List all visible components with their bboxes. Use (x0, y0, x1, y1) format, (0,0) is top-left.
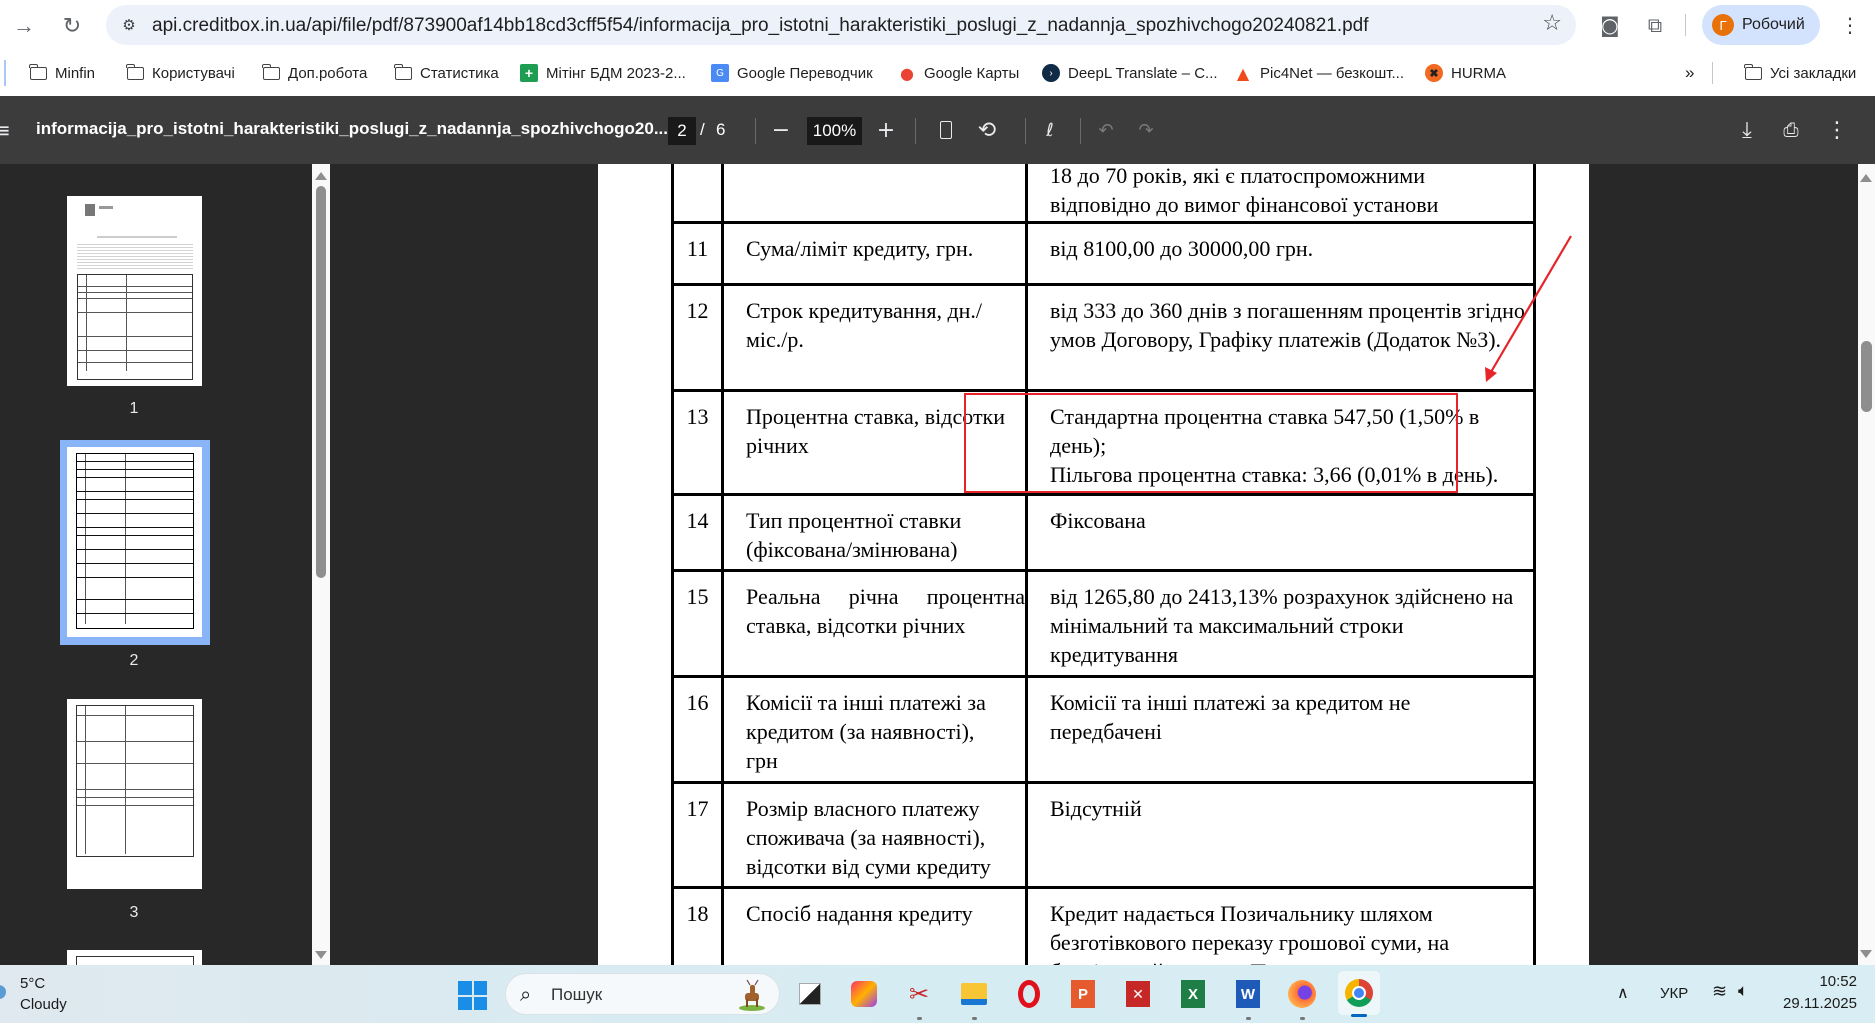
address-bar[interactable]: ⚙ api.creditbox.in.ua/api/file/pdf/87390… (106, 5, 1576, 45)
row-number: 18 (673, 888, 723, 966)
bookmark-deepl[interactable]: ›DeepL Translate – C... (1042, 60, 1218, 86)
row-number (673, 164, 723, 223)
row-number: 17 (673, 783, 723, 888)
row-number: 15 (673, 571, 723, 677)
folder-icon (961, 983, 987, 1005)
weather-condition: Cloudy (20, 996, 67, 1013)
search-icon: ⌕ (520, 982, 531, 1006)
bookmarks-divider (1712, 62, 1713, 84)
weather-temperature: 5°C (20, 975, 45, 992)
table-row: 16 Комісії та інші платежі за кредитом (… (673, 677, 1535, 783)
browser-toolbar: → ↻ ⚙ api.creditbox.in.ua/api/file/pdf/8… (0, 0, 1875, 50)
reload-icon: ↻ (63, 14, 81, 39)
redo-button[interactable]: ↷ (1131, 115, 1161, 145)
google-maps-icon: ● (898, 64, 916, 82)
zoom-out-button[interactable]: − (766, 115, 796, 145)
taskbar-app-task-view[interactable] (791, 975, 829, 1013)
bookmark-dop-robota[interactable]: Доп.робота (262, 60, 367, 86)
windows-logo-icon (458, 997, 472, 1011)
chrome-menu-button[interactable]: ⋮ (1838, 10, 1862, 40)
bookmark-label: Статистика (420, 65, 499, 82)
row-label (723, 164, 1027, 223)
tray-overflow-chevron-icon[interactable]: ∧ (1617, 983, 1629, 1002)
pdf-page-2: 18 до 70 років, які є платоспроможними в… (598, 164, 1589, 965)
wifi-icon[interactable]: ≋ (1712, 981, 1727, 1002)
creative-cloud-icon (851, 981, 877, 1007)
table-row: 17 Розмір власного платежу споживача (за… (673, 783, 1535, 888)
bookmark-google-maps[interactable]: ●Google Карты (898, 60, 1019, 86)
toolbar-divider (1025, 118, 1026, 144)
row-number: 12 (673, 285, 723, 391)
table-row: 15 Реальна річна процентна ставка, відсо… (673, 571, 1535, 677)
scroll-up-arrow-icon[interactable] (1860, 174, 1872, 182)
taskbar-search[interactable]: ⌕ Пошук (505, 973, 780, 1015)
row-value: від 333 до 360 днів з погашенням процент… (1027, 285, 1535, 391)
windows-taskbar: 5°C Cloudy ⌕ Пошук ✂ P ✕ X W ∧ УКР ≋ 🔈︎ … (0, 965, 1875, 1023)
table-row: 13 Процентна ставка, відсотки річних Ста… (673, 391, 1535, 495)
pdf-title: informacija_pro_istotni_harakteristiki_p… (36, 119, 668, 139)
profile-name: Робочий (1742, 16, 1805, 34)
bookmarks-overflow-button[interactable]: » (1685, 60, 1694, 86)
row-number: 14 (673, 495, 723, 571)
profile-button[interactable]: Г Робочий (1702, 5, 1820, 45)
clock-time: 10:52 (1783, 971, 1857, 993)
taskbar-app-powerpoint[interactable]: P (1064, 975, 1102, 1013)
pdf-editor-icon: ✕ (1126, 981, 1150, 1007)
extensions-icon[interactable]: ⧉ (1640, 10, 1670, 40)
bookmark-label: Google Переводчик (737, 65, 873, 82)
bookmark-label: DeepL Translate – C... (1068, 65, 1218, 82)
page-separator: / (700, 120, 705, 140)
undo-button[interactable]: ↶ (1091, 115, 1121, 145)
arrow-right-icon: → (13, 13, 35, 39)
windows-logo-icon (474, 997, 488, 1011)
minus-icon: − (772, 118, 790, 143)
redo-icon: ↷ (1138, 120, 1153, 141)
taskbar-app-firefox[interactable] (1283, 975, 1321, 1013)
plus-icon: + (877, 118, 895, 143)
deepl-icon: › (1042, 64, 1060, 82)
taskbar-app-excel[interactable]: X (1174, 975, 1212, 1013)
bookmark-label: Мітінг БДМ 2023-2... (546, 65, 686, 82)
bookmark-label: Доп.робота (288, 65, 367, 82)
zoom-level-input[interactable]: 100% (807, 117, 862, 145)
folder-icon (262, 64, 280, 82)
pdf-toolbar: ≡ informacija_pro_istotni_harakteristiki… (0, 96, 1875, 164)
bookmarks-bar: Minfin Користувачі Доп.робота Статистика… (0, 50, 1875, 96)
standard-rate-text: Стандартна процентна ставка 547,50 (1,50… (1050, 402, 1529, 460)
folder-icon (394, 64, 412, 82)
more-vert-icon: ⋮ (1826, 118, 1848, 143)
scissors-icon: ✂ (909, 980, 929, 1008)
page-number-input[interactable]: 2 (668, 117, 696, 145)
reload-button[interactable]: ↻ (56, 10, 88, 42)
pdf-viewer: 18 до 70 років, які є платоспроможними в… (330, 164, 1858, 965)
main-scrollbar[interactable] (1858, 164, 1875, 965)
bookmark-label: Minfin (55, 65, 95, 82)
deer-icon (737, 979, 767, 1011)
all-bookmarks-button[interactable]: Усі закладки (1744, 60, 1856, 86)
value-line: відповідно до вимог фінансової установи (1050, 190, 1529, 219)
thumbnail-label: 2 (114, 652, 154, 670)
taskbar-app-creative-cloud[interactable] (845, 975, 883, 1013)
row-value: Комісії та інші платежі за кредитом не п… (1027, 677, 1535, 783)
thumb-table (77, 274, 193, 380)
taskbar-app-word[interactable]: W (1229, 975, 1267, 1013)
thumb-table (76, 705, 194, 857)
table-row: 14 Тип процентної ставки (фіксована/змін… (673, 495, 1535, 571)
hurma-icon: ✖ (1425, 64, 1443, 82)
taskbar-app-file-explorer[interactable] (955, 975, 993, 1013)
word-icon: W (1236, 980, 1260, 1008)
row-value: Фіксована (1027, 495, 1535, 571)
thumb-text-line (97, 236, 177, 238)
input-language-indicator[interactable]: УКР (1660, 985, 1688, 1002)
row-value: від 8100,00 до 30000,00 грн. (1027, 223, 1535, 285)
row-label: Реальна річна процентна ставка, відсотки… (723, 571, 1027, 677)
row-value: Відсутній (1027, 783, 1535, 888)
thumb-table (76, 453, 194, 629)
table-row: 11 Сума/ліміт кредиту, грн. від 8100,00 … (673, 223, 1535, 285)
creditbox-logo-icon (85, 204, 95, 216)
search-placeholder: Пошук (551, 985, 602, 1005)
page-thumbnail-3[interactable] (67, 699, 202, 889)
scroll-down-arrow-icon[interactable] (315, 951, 327, 959)
credit-info-table: 18 до 70 років, які є платоспроможними в… (671, 164, 1536, 965)
volume-icon[interactable]: 🔈︎ (1738, 981, 1748, 1001)
taskbar-app-snipping-tool[interactable]: ✂ (900, 975, 938, 1013)
row-label: Розмір власного платежу споживача (за на… (723, 783, 1027, 888)
signature-icon: ℓ (1046, 120, 1053, 141)
bookmark-statystyka[interactable]: Статистика (394, 60, 499, 86)
fit-page-icon (940, 121, 952, 139)
page-thumbnail-1[interactable] (67, 196, 202, 386)
scroll-up-arrow-icon[interactable] (315, 172, 327, 180)
bookmark-label: Pic4Net — безкошт... (1260, 65, 1404, 82)
folder-icon (1744, 64, 1762, 82)
logo-text (99, 206, 113, 209)
rotate-button[interactable]: ⟲ (972, 115, 1002, 145)
bookmark-label: Google Карты (924, 65, 1019, 82)
camera-icon[interactable]: ◙ (1595, 10, 1625, 40)
undo-icon: ↶ (1098, 120, 1113, 141)
thumbnail-label: 1 (114, 400, 154, 418)
rotate-icon: ⟲ (978, 118, 996, 143)
url-text[interactable]: api.creditbox.in.ua/api/file/pdf/873900a… (152, 15, 1369, 37)
avatar: Г (1712, 14, 1734, 36)
more-options-button[interactable]: ⋮ (1822, 115, 1852, 145)
windows-logo-icon (458, 981, 472, 995)
download-icon: ⤓ (1742, 118, 1752, 143)
bookmark-google-translate[interactable]: GGoogle Переводчик (711, 60, 873, 86)
table-row: 12 Строк кредитування, дн./міс./р. від 3… (673, 285, 1535, 391)
folder-icon (29, 64, 47, 82)
draw-button[interactable]: ℓ (1035, 115, 1065, 145)
total-pages: 6 (716, 120, 725, 140)
table-row: 18 до 70 років, які є платоспроможними в… (673, 164, 1535, 223)
forward-button[interactable]: → (8, 10, 40, 42)
sheets-icon: + (520, 64, 538, 82)
print-button[interactable]: ⎙ (1776, 115, 1806, 145)
folder-icon (126, 64, 144, 82)
toolbar-divider (1685, 14, 1686, 36)
row-value: від 1265,80 до 2413,13% розрахунок здійс… (1027, 571, 1535, 677)
table-row: 18 Спосіб надання кредиту Кредит надаєть… (673, 888, 1535, 966)
sidebar-menu-icon[interactable]: ≡ (0, 118, 11, 142)
pic4net-icon: ▲ (1234, 64, 1252, 82)
system-clock[interactable]: 10:52 29.11.2025 (1783, 971, 1857, 1015)
page-thumbnail-2[interactable] (67, 447, 202, 637)
opera-icon (1018, 980, 1040, 1008)
row-number: 16 (673, 677, 723, 783)
windows-logo-icon (474, 981, 488, 995)
google-translate-icon: G (711, 64, 729, 82)
task-view-icon (799, 983, 821, 1005)
toolbar-divider (1080, 118, 1081, 144)
toolbar-divider (755, 118, 756, 144)
main-scrollbar-thumb[interactable] (1861, 341, 1872, 412)
site-info-icon[interactable]: ⚙ (118, 14, 140, 36)
row-label: Строк кредитування, дн./міс./р. (723, 285, 1027, 391)
bookmark-minfin[interactable]: Minfin (29, 60, 95, 86)
row-number: 13 (673, 391, 723, 495)
bookmark-label: HURMA (1451, 65, 1506, 82)
preferential-rate-text: Пільгова процентна ставка: 3,66 (0,01% в… (1050, 460, 1529, 489)
toolbar-divider (915, 118, 916, 144)
print-icon: ⎙ (1783, 119, 1798, 141)
row-value: Кредит надається Позичальнику шляхом без… (1027, 888, 1535, 966)
bookmark-miting[interactable]: +Мітінг БДМ 2023-2... (520, 60, 686, 86)
bookmarks-bar-edge (4, 60, 6, 86)
bookmark-korystuvachi[interactable]: Користувачі (126, 60, 235, 86)
row-value: Стандартна процентна ставка 547,50 (1,50… (1027, 391, 1535, 495)
thumbnail-label: 3 (114, 904, 154, 922)
chevron-double-right-icon: » (1685, 63, 1694, 83)
row-label: Сума/ліміт кредиту, грн. (723, 223, 1027, 285)
row-label: Тип процентної ставки (фіксована/змінюва… (723, 495, 1027, 571)
excel-icon: X (1181, 980, 1205, 1008)
bookmark-hurma[interactable]: ✖HURMA (1425, 60, 1506, 86)
row-value: 18 до 70 років, які є платоспроможними в… (1027, 164, 1535, 223)
thumbnail-sidebar: 1 2 3 (0, 164, 330, 965)
thumb-text-block (77, 242, 193, 270)
row-label: Комісії та інші платежі за кредитом (за … (723, 677, 1027, 783)
cloud-icon (0, 985, 6, 999)
firefox-icon (1288, 980, 1316, 1008)
bookmark-label: Користувачі (152, 65, 235, 82)
zoom-in-button[interactable]: + (871, 115, 901, 145)
bookmark-label: Усі закладки (1770, 65, 1856, 82)
scroll-down-arrow-icon[interactable] (1860, 950, 1872, 958)
sidebar-scrollbar-thumb[interactable] (316, 186, 326, 578)
fit-page-button[interactable] (931, 115, 961, 145)
value-line: 18 до 70 років, які є платоспроможними (1050, 164, 1529, 190)
clock-date: 29.11.2025 (1783, 993, 1857, 1015)
bookmark-pic4net[interactable]: ▲Pic4Net — безкошт... (1234, 60, 1404, 86)
row-label: Процентна ставка, відсотки річних (723, 391, 1027, 495)
row-number: 11 (673, 223, 723, 285)
taskbar-app-opera[interactable] (1010, 975, 1048, 1013)
download-button[interactable]: ⤓ (1732, 115, 1762, 145)
start-button[interactable] (458, 981, 487, 1010)
taskbar-app-pdf-editor[interactable]: ✕ (1119, 975, 1157, 1013)
sidebar-scrollbar[interactable] (312, 164, 330, 965)
row-label: Спосіб надання кредиту (723, 888, 1027, 966)
more-vert-icon: ⋮ (1840, 13, 1860, 37)
taskbar-app-chrome[interactable] (1338, 971, 1380, 1015)
bookmark-star-icon[interactable]: ☆ (1542, 11, 1562, 36)
chrome-icon (1345, 979, 1373, 1007)
powerpoint-icon: P (1071, 980, 1095, 1008)
